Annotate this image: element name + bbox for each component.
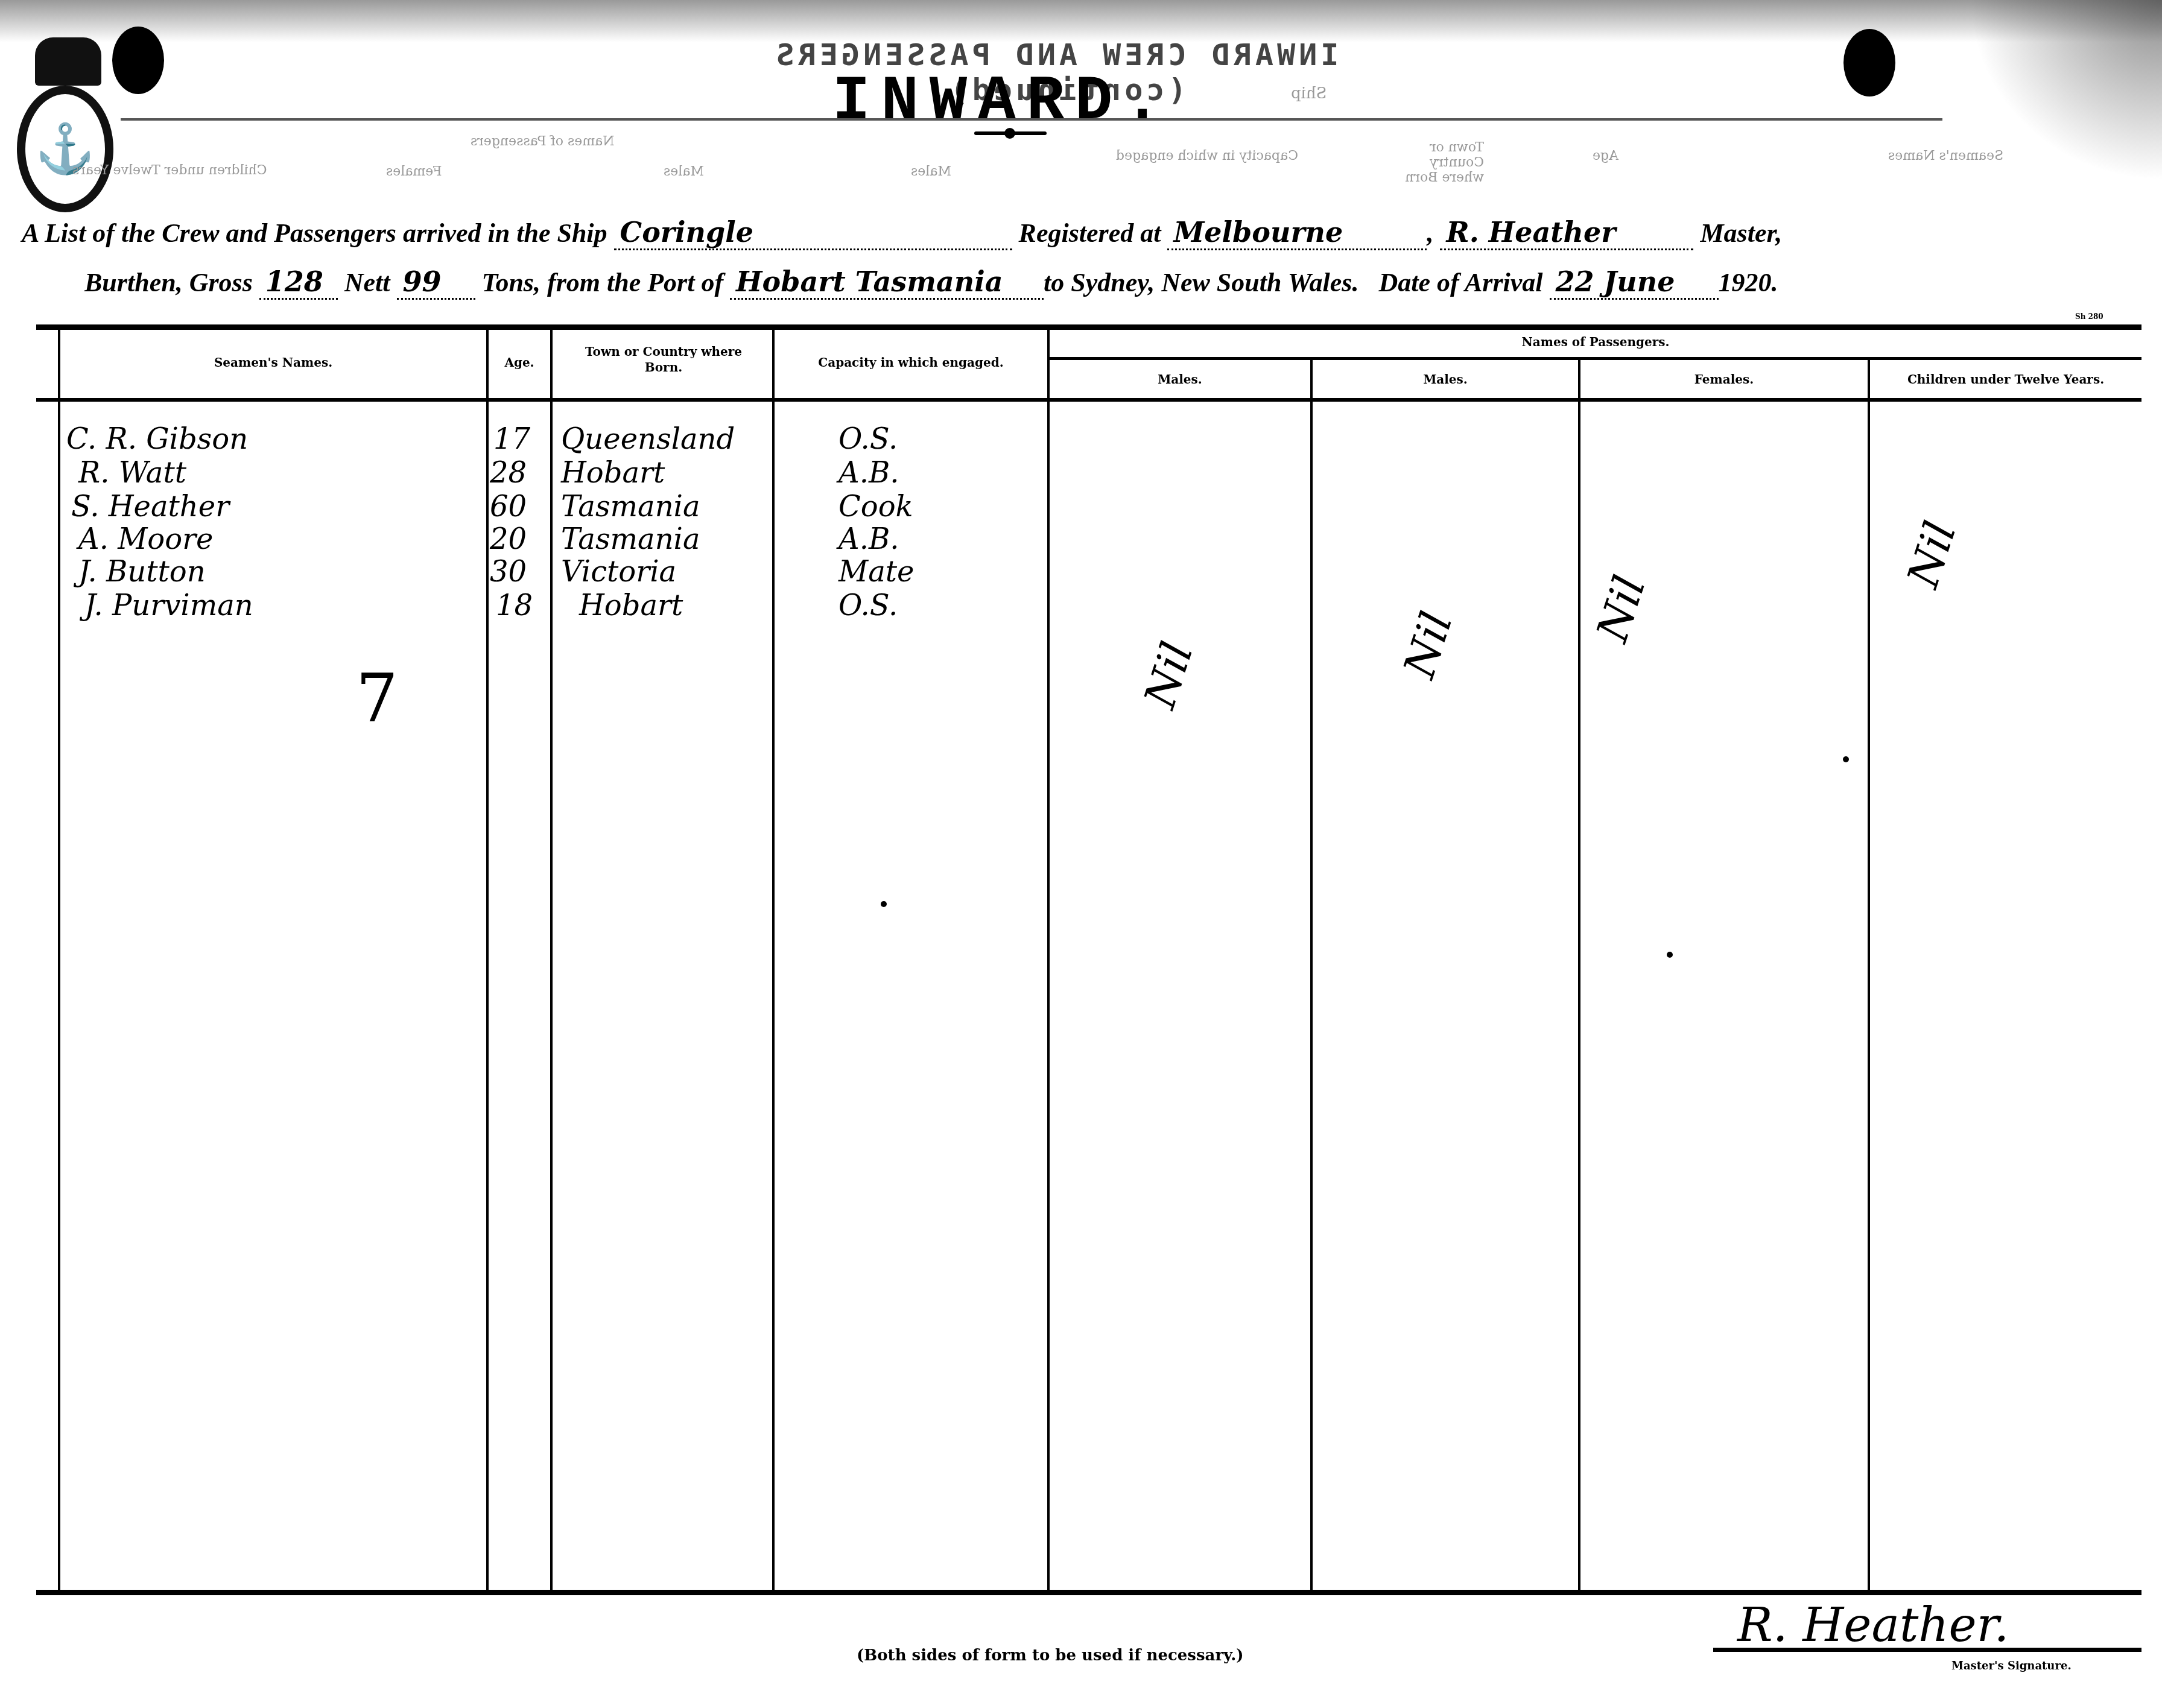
crew-born: Victoria [561, 555, 676, 589]
col-header-males-1: Males. [1050, 372, 1310, 387]
col-line-age-town [550, 329, 553, 1592]
crew-age: 30 [490, 555, 527, 589]
crew-age: 28 [490, 456, 527, 490]
col-line-females-children [1868, 359, 1870, 1592]
arrival-date-field: 22 June [1550, 265, 1719, 300]
mirrored-col-males: Males [664, 164, 704, 179]
master-name-field: R. Heather [1440, 216, 1693, 250]
passengers-females-nil: Nil [1587, 569, 1655, 648]
col-header-children: Children under Twelve Years. [1870, 372, 2141, 387]
mirrored-col-town: Town or Country where Born [1387, 140, 1484, 185]
master-signature: R. Heather. [1737, 1598, 2009, 1653]
shipping-master-seal: ⚓ [17, 37, 119, 212]
crew-born: Hobart [561, 456, 665, 490]
signature-label: Master's Signature. [1951, 1660, 2072, 1672]
col-header-seamens-names: Seamen's Names. [60, 355, 486, 370]
col-header-females: Females. [1580, 372, 1868, 387]
scan-dot [1843, 756, 1849, 762]
mirrored-col-age: Age [1593, 148, 1618, 163]
ornament-divider [974, 131, 1047, 135]
crown-icon [35, 37, 101, 86]
heading-line-2: Burthen, Gross 128 Nett 99 Tons, from th… [84, 265, 1778, 300]
crew-born: Tasmania [561, 490, 700, 523]
crew-capacity: A.B. [838, 456, 899, 490]
mirrored-col-females: Females [386, 164, 442, 179]
signature-line [1713, 1648, 2141, 1652]
form-title: INWARD. [832, 66, 1172, 138]
crew-age: 18 [496, 589, 533, 622]
passengers-children-nil: Nil [1897, 515, 1966, 593]
heading-line-1: A List of the Crew and Passengers arrive… [22, 216, 1782, 250]
col-line-name-age [486, 329, 489, 1592]
punch-hole-left [112, 27, 164, 94]
col-header-capacity: Capacity in which engaged. [775, 355, 1047, 370]
burthen-label: Burthen, Gross [84, 268, 253, 297]
scan-smudge-top [0, 0, 2162, 42]
mirrored-ship-label: Ship [1291, 84, 1327, 103]
crew-born: Queensland [561, 422, 735, 456]
crew-age: 60 [490, 490, 527, 523]
heading-list-label: A List of the Crew and Passengers arrive… [22, 218, 607, 248]
tons-from-label: Tons, from the Port of [482, 268, 724, 297]
col-header-age: Age. [489, 355, 550, 370]
col-line-males-males [1310, 359, 1313, 1592]
table-bottom-rule [36, 1590, 2141, 1595]
crew-capacity: O.S. [838, 589, 898, 622]
to-sydney-label: to Sydney, New South Wales. [1044, 268, 1358, 297]
crew-name: S. Heather [71, 490, 229, 523]
crew-name: J. Button [78, 555, 206, 589]
passengers-sub-rule [1050, 357, 2141, 360]
from-port-field: Hobart Tasmania [730, 265, 1044, 300]
arrival-year: 1920. [1719, 268, 1778, 297]
crew-name: C. R. Gibson [66, 422, 248, 456]
form-number: Sh 280 [2075, 312, 2103, 321]
col-line-left [58, 329, 60, 1592]
crew-name: R. Watt [78, 456, 186, 490]
table-top-rule [36, 324, 2141, 330]
crew-born: Tasmania [561, 522, 700, 556]
date-arrival-label: Date of Arrival [1378, 268, 1542, 297]
col-header-males-2: Males. [1313, 372, 1578, 387]
mirrored-col-passengers: Names of Passengers [471, 134, 615, 149]
master-label: Master, [1700, 218, 1782, 248]
passengers-males-2-nil: Nil [1393, 606, 1462, 684]
crew-capacity: A.B. [838, 522, 899, 556]
col-header-town-born: Town or Country where Born. [579, 344, 748, 375]
col-line-town-capacity [772, 329, 775, 1592]
mirrored-col-children: Children under Twelve Years [72, 163, 267, 178]
nett-tons-field: 99 [397, 265, 475, 300]
header-bottom-rule [36, 398, 2141, 402]
seal-ring: ⚓ [17, 86, 113, 212]
crew-capacity: O.S. [838, 422, 898, 456]
crew-capacity: Mate [838, 555, 914, 589]
mirrored-col-seamen: Seamen's Names [1888, 148, 2003, 163]
scan-dot [1667, 952, 1673, 958]
col-line-males-females [1578, 359, 1580, 1592]
scan-dot [881, 901, 887, 907]
col-header-passengers-group: Names of Passengers. [1050, 334, 2141, 350]
col-line-capacity-passengers [1047, 329, 1050, 1592]
footer-note: (Both sides of form to be used if necess… [857, 1646, 1244, 1665]
crew-age: 20 [490, 522, 527, 556]
mirrored-col-males-2: Males [911, 164, 951, 179]
crew-capacity: Cook [838, 490, 913, 523]
punch-hole-right [1843, 29, 1895, 96]
mirrored-col-capacity: Capacity in which engaged [1116, 148, 1298, 163]
top-thin-rule [121, 118, 1942, 121]
crew-born: Hobart [579, 589, 683, 622]
crew-name: A. Moore [78, 522, 213, 556]
passengers-males-1-nil: Nil [1134, 636, 1203, 714]
gross-tons-field: 128 [259, 265, 338, 300]
registered-label: Registered at [1019, 218, 1161, 248]
crew-total-mark: 7 [356, 682, 398, 715]
ship-name-field: Coringle [614, 216, 1012, 250]
nett-label: Nett [344, 268, 390, 297]
crew-age: 17 [493, 422, 530, 456]
crew-name: J. Purviman [84, 589, 253, 622]
registered-at-field: Melbourne [1167, 216, 1427, 250]
